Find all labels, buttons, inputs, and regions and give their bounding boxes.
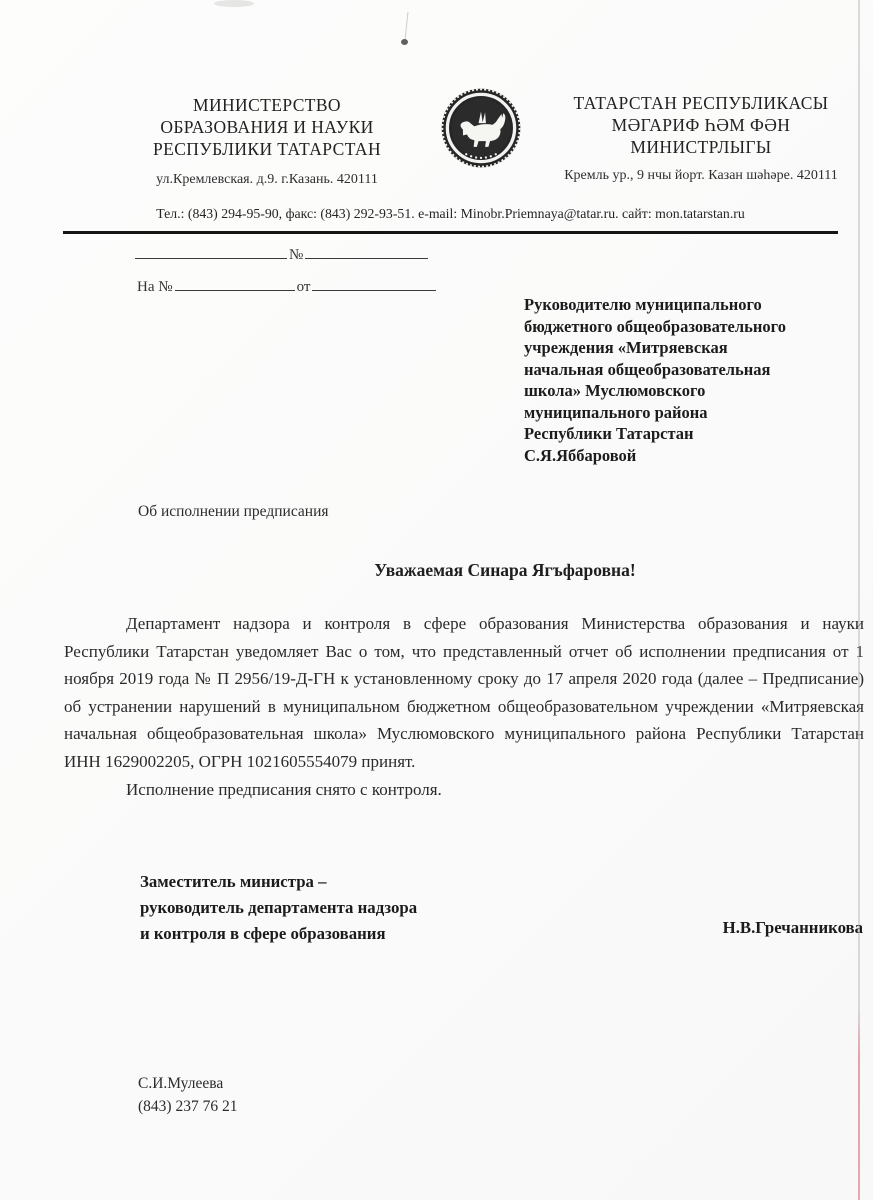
addressee-line: Руководителю муниципального [524,294,864,316]
scan-speck-tail [405,12,409,40]
outgoing-number-blank [305,244,428,259]
addressee-line: начальная общеобразовательная [524,359,864,381]
salutation: Уважаемая Синара Ягъфаровна! [140,560,870,581]
letter-page: МИНИСТЕРСТВО ОБРАЗОВАНИЯ И НАУКИ РЕСПУБЛ… [0,0,873,1200]
addressee-line: С.Я.Яббаровой [524,445,864,467]
org-name-line: ОБРАЗОВАНИЯ И НАУКИ [108,116,426,138]
org-name-line: РЕСПУБЛИКИ ТАТАРСТАН [108,138,426,160]
outgoing-date-blank [135,244,287,259]
addressee-block: Руководителю муниципального бюджетного о… [524,294,864,466]
addressee-line: бюджетного общеобразовательного [524,316,864,338]
signer-name: Н.В.Гречанникова [723,918,863,938]
incoming-ref-row: На №от [135,276,436,296]
addressee-line: Республики Татарстан [524,423,864,445]
number-sign-label: № [287,247,305,263]
org-name-tatar: ТАТАРСТАН РЕСПУБЛИКАСЫ МӘГАРИФ ҺӘМ ФӘН М… [540,92,862,158]
org-name-line: МИНИСТРЛЫГЫ [540,136,862,158]
signer-position: Заместитель министра – руководитель депа… [140,869,560,947]
body-paragraph-1: Департамент надзора и контроля в сфере о… [64,610,864,776]
subject-line: Об исполнении предписания [138,503,329,521]
executor-block: С.И.Мулеева (843) 237 76 21 [138,1072,237,1118]
addressee-line: школа» Муслюмовского [524,380,864,402]
addressee-line: муниципального района [524,402,864,424]
outgoing-ref-row: № [135,244,428,264]
signer-position-line: и контроля в сфере образования [140,921,560,947]
org-name-line: МИНИСТЕРСТВО [108,94,426,116]
scan-smudge [214,0,254,7]
incoming-date-blank [312,276,436,291]
org-name-line: ТАТАРСТАН РЕСПУБЛИКАСЫ [540,92,862,114]
signer-position-line: руководитель департамента надзора [140,895,560,921]
org-address-tatar: Кремль ур., 9 нчы йорт. Казан шәһәре. 42… [540,168,862,184]
letter-body: Департамент надзора и контроля в сфере о… [64,610,864,803]
from-date-label: от [295,279,313,295]
org-name-line: МӘГАРИФ ҺӘМ ФӘН [540,114,862,136]
header-divider [63,231,838,234]
executor-name: С.И.Мулеева [138,1072,237,1095]
addressee-line: учреждения «Митряевская [524,337,864,359]
reply-to-label: На № [135,279,175,295]
scan-speck [401,39,408,45]
body-paragraph-2: Исполнение предписания снято с контроля. [64,776,864,804]
org-name-russian: МИНИСТЕРСТВО ОБРАЗОВАНИЯ И НАУКИ РЕСПУБЛ… [108,94,426,160]
scan-edge-artifact [858,0,860,1200]
org-address-russian: ул.Кремлевская. д.9. г.Казань. 420111 [108,172,426,188]
contact-line: Тел.: (843) 294-95-90, факс: (843) 292-9… [63,206,838,222]
incoming-number-blank [175,276,295,291]
executor-phone: (843) 237 76 21 [138,1095,237,1118]
signer-position-line: Заместитель министра – [140,869,560,895]
tatarstan-coat-of-arms-icon [440,87,522,169]
